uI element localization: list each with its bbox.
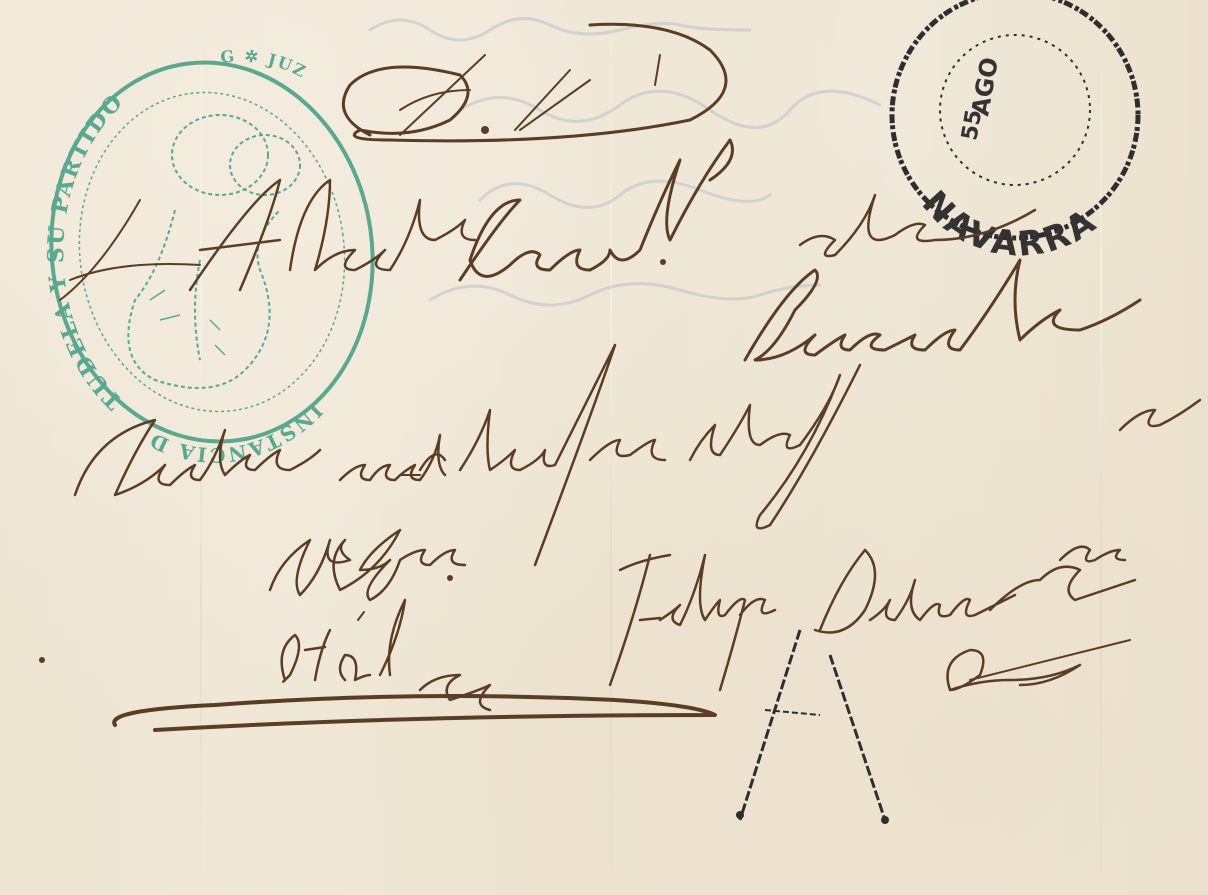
ink-dot — [39, 657, 45, 663]
letter-cover: TUDELA Y SU PARTIDO INSTANCIA DE G ✲ JUZ… — [0, 0, 1208, 895]
otal-strokes — [114, 600, 715, 730]
